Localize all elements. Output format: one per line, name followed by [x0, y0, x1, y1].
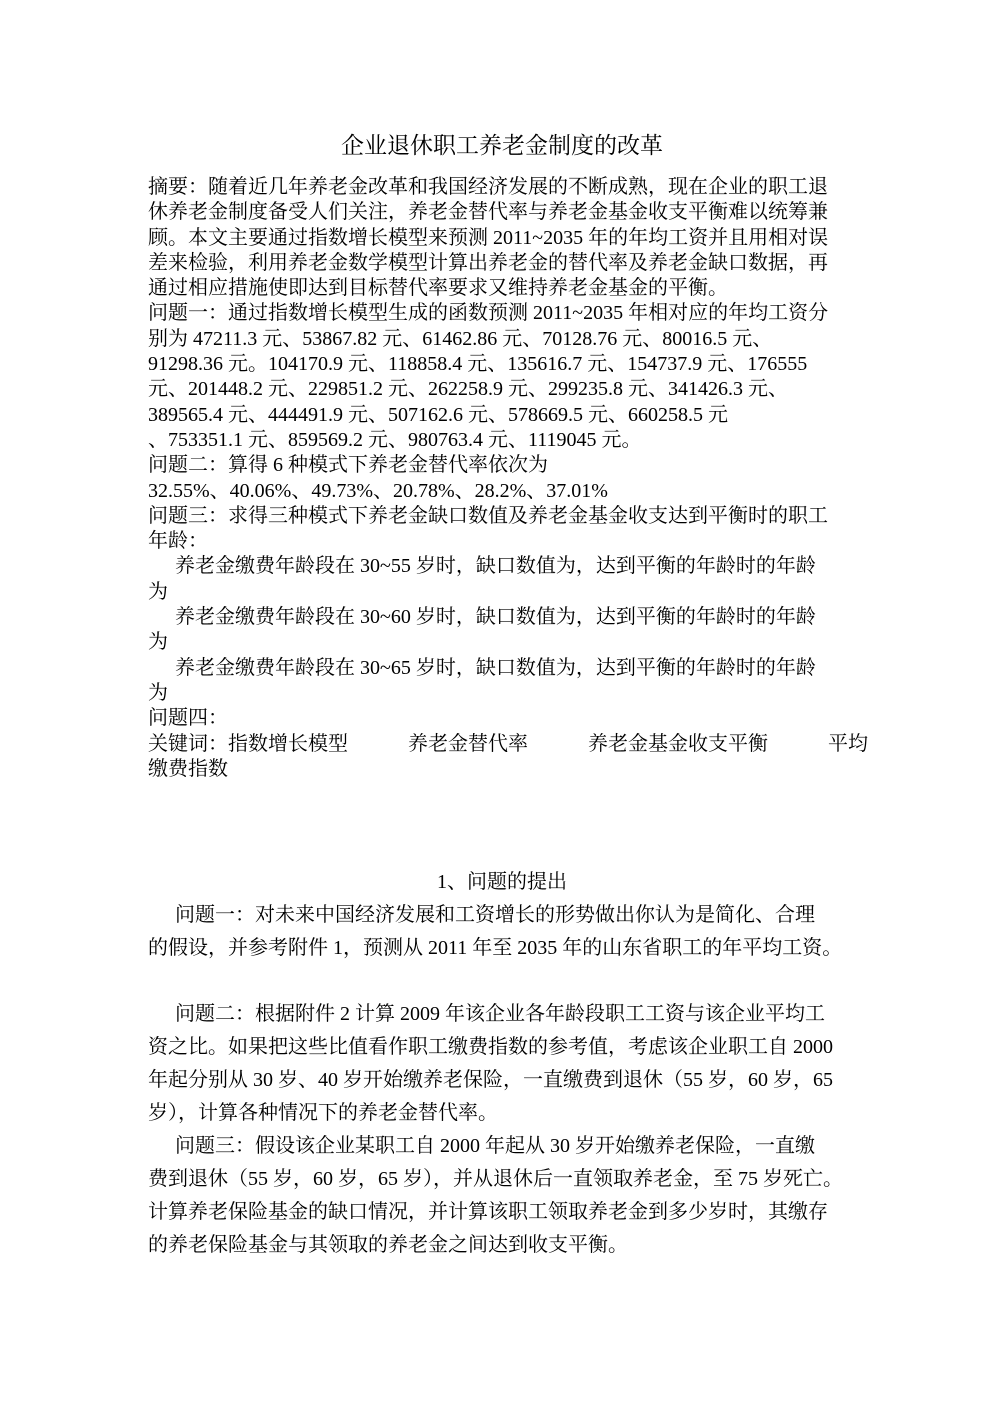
text-line: 问题二：算得 6 种模式下养老金替代率依次为	[148, 453, 856, 478]
document-page: 企业退休职工养老金制度的改革 摘要：随着近几年养老金改革和我国经济发展的不断成熟…	[148, 130, 856, 1262]
keywords-line: 关键词：指数增长模型 养老金替代率 养老金基金收支平衡 平均	[148, 732, 856, 757]
text-line: 为	[148, 681, 856, 706]
blank-line	[148, 965, 856, 998]
text-line: 问题三：求得三种模式下养老金缺口数值及养老金基金收支达到平衡时的职工	[148, 504, 856, 529]
document-title: 企业退休职工养老金制度的改革	[148, 130, 856, 162]
text-line: 问题一：通过指数增长模型生成的函数预测 2011~2035 年相对应的年均工资分	[148, 301, 856, 326]
text-line: 年龄：	[148, 529, 856, 554]
text-line: 资之比。如果把这些比值看作职工缴费指数的参考值，考虑该企业职工自 2000	[148, 1031, 856, 1064]
text-line: 、753351.1 元、859569.2 元、980763.4 元、111904…	[148, 428, 856, 453]
text-line: 为	[148, 630, 856, 655]
text-line: 的假设，并参考附件 1，预测从 2011 年至 2035 年的山东省职工的年平均…	[148, 932, 856, 965]
text-line: 费到退休（55 岁，60 岁，65 岁），并从退休后一直领取养老金，至 75 岁…	[148, 1163, 856, 1196]
text-line: 顾。本文主要通过指数增长模型来预测 2011~2035 年的年均工资并且用相对误	[148, 226, 856, 251]
text-line: 别为 47211.3 元、53867.82 元、61462.86 元、70128…	[148, 327, 856, 352]
text-line: 计算养老保险基金的缺口情况，并计算该职工领取养老金到多少岁时，其缴存	[148, 1196, 856, 1229]
section-heading: 1、问题的提出	[148, 866, 856, 899]
text-line: 差来检验，利用养老金数学模型计算出养老金的替代率及养老金缺口数据，再	[148, 251, 856, 276]
text-line: 为	[148, 580, 856, 605]
text-line: 389565.4 元、444491.9 元、507162.6 元、578669.…	[148, 403, 856, 428]
text-line: 养老金缴费年龄段在 30~60 岁时，缺口数值为，达到平衡的年龄时的年龄	[148, 605, 856, 630]
text-line: 问题三：假设该企业某职工自 2000 年起从 30 岁开始缴养老保险，一直缴	[148, 1130, 856, 1163]
text-line: 养老金缴费年龄段在 30~65 岁时，缺口数值为，达到平衡的年龄时的年龄	[148, 656, 856, 681]
text-line: 摘要：随着近几年养老金改革和我国经济发展的不断成熟，现在企业的职工退	[148, 175, 856, 200]
text-line: 的养老保险基金与其领取的养老金之间达到收支平衡。	[148, 1229, 856, 1262]
text-line: 91298.36 元。104170.9 元、118858.4 元、135616.…	[148, 352, 856, 377]
keywords-line: 缴费指数	[148, 757, 856, 782]
text-line: 问题二：根据附件 2 计算 2009 年该企业各年龄段职工工资与该企业平均工	[148, 998, 856, 1031]
text-line: 年起分别从 30 岁、40 岁开始缴养老保险，一直缴费到退休（55 岁，60 岁…	[148, 1064, 856, 1097]
text-line: 问题四：	[148, 706, 856, 731]
text-line: 养老金缴费年龄段在 30~55 岁时，缺口数值为，达到平衡的年龄时的年龄	[148, 554, 856, 579]
text-line: 32.55%、40.06%、49.73%、20.78%、28.2%、37.01%	[148, 479, 856, 504]
text-line: 岁），计算各种情况下的养老金替代率。	[148, 1097, 856, 1130]
text-line: 问题一：对未来中国经济发展和工资增长的形势做出你认为是简化、合理	[148, 899, 856, 932]
front-matter-block: 摘要：随着近几年养老金改革和我国经济发展的不断成熟，现在企业的职工退 休养老金制…	[148, 175, 856, 782]
text-line: 通过相应措施使即达到目标替代率要求又维持养老金基金的平衡。	[148, 276, 856, 301]
text-line: 休养老金制度备受人们关注，养老金替代率与养老金基金收支平衡难以统筹兼	[148, 200, 856, 225]
section1-block: 问题一：对未来中国经济发展和工资增长的形势做出你认为是简化、合理 的假设，并参考…	[148, 899, 856, 1262]
text-line: 元、201448.2 元、229851.2 元、262258.9 元、29923…	[148, 377, 856, 402]
